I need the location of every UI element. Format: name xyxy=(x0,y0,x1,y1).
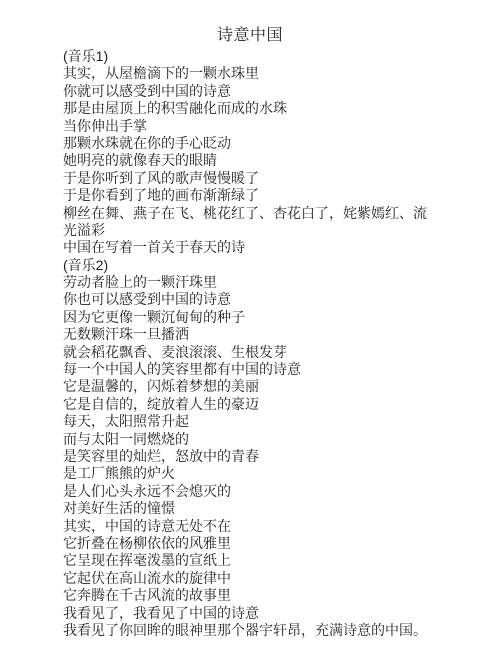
poem-line: 你就可以感受到中国的诗意 xyxy=(63,83,470,100)
poem-line: 就会稻花飘香、麦浪滚滚、生根发芽 xyxy=(63,344,470,361)
poem-line: 每一个中国人的笑容里都有中国的诗意 xyxy=(63,361,470,378)
poem-line: 她明亮的就像春天的眼睛 xyxy=(63,152,470,169)
poem-line: 劳动者脸上的一颗汗珠里 xyxy=(63,274,470,291)
poem-line: 柳丝在舞、燕子在飞、桃花红了、杏花白了，姹紫嫣红、流 xyxy=(63,205,470,222)
poem-line: 你也可以感受到中国的诗意 xyxy=(63,291,470,308)
poem-line: 无数颗汗珠一旦播洒 xyxy=(63,326,470,343)
poem-line: 当你伸出手掌 xyxy=(63,118,470,135)
poem-line: 那是由屋顶上的积雪融化而成的水珠 xyxy=(63,100,470,117)
poem-line: 而与太阳一同燃烧的 xyxy=(63,431,470,448)
poem-line: 它折叠在杨柳依依的风雅里 xyxy=(63,535,470,552)
poem-line: (音乐1) xyxy=(63,48,470,65)
poem-line: 每天，太阳照常升起 xyxy=(63,413,470,430)
poem-line: 它奔腾在千古风流的故事里 xyxy=(63,587,470,604)
poem-body: (音乐1)其实，从屋檐滴下的一颗水珠里你就可以感受到中国的诗意那是由屋顶上的积雪… xyxy=(0,46,500,639)
poem-line: 是工厂熊熊的炉火 xyxy=(63,465,470,482)
poem-line: 是人们心头永远不会熄灭的 xyxy=(63,483,470,500)
poem-line: (音乐2) xyxy=(63,257,470,274)
poem-line: 对美好生活的憧憬 xyxy=(63,500,470,517)
poem-line: 是笑容里的灿烂，怒放中的青春 xyxy=(63,448,470,465)
poem-line: 它呈现在挥毫泼墨的宣纸上 xyxy=(63,552,470,569)
poem-line: 那颗水珠就在你的手心眨动 xyxy=(63,135,470,152)
document-page: 诗意中国 (音乐1)其实，从屋檐滴下的一颗水珠里你就可以感受到中国的诗意那是由屋… xyxy=(0,0,500,667)
poem-line: 我看见了你回眸的眼神里那个器宇轩昂，充满诗意的中国。 xyxy=(63,622,470,639)
poem-line: 它是自信的，绽放着人生的豪迈 xyxy=(63,396,470,413)
poem-line: 其实，从屋檐滴下的一颗水珠里 xyxy=(63,65,470,82)
poem-line: 光溢彩 xyxy=(63,222,470,239)
poem-line: 它起伏在高山流水的旋律中 xyxy=(63,570,470,587)
poem-line: 其实，中国的诗意无处不在 xyxy=(63,518,470,535)
poem-line: 它是温馨的，闪烁着梦想的美丽 xyxy=(63,378,470,395)
document-title: 诗意中国 xyxy=(0,0,500,46)
poem-line: 中国在写着一首关于春天的诗 xyxy=(63,239,470,256)
poem-line: 因为它更像一颗沉甸甸的种子 xyxy=(63,309,470,326)
poem-line: 于是你听到了风的歌声慢慢暖了 xyxy=(63,170,470,187)
poem-line: 我看见了，我看见了中国的诗意 xyxy=(63,605,470,622)
poem-line: 于是你看到了地的画布渐渐绿了 xyxy=(63,187,470,204)
